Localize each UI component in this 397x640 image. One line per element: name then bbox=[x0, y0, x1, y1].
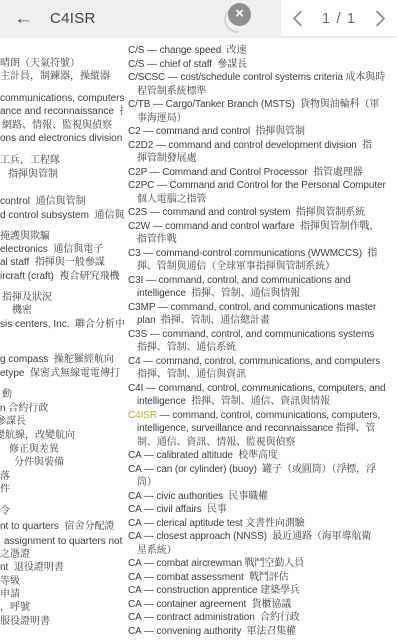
left-column-fragment: ons and electronics division bbox=[0, 132, 122, 146]
glossary-line: C/S — change speed 改速 bbox=[128, 44, 397, 58]
glossary-line: C4 — command, control, communications, a… bbox=[128, 355, 397, 369]
left-column-fragment: 修正與差異 bbox=[9, 443, 59, 457]
left-column-fragment: ance and reconnaissance 指 bbox=[0, 105, 124, 119]
left-column-fragment: 之憑證 bbox=[0, 548, 30, 562]
glossary-line: C2 — command and control 指揮與管制 bbox=[128, 125, 397, 139]
glossary-line: 筒） bbox=[128, 476, 397, 490]
left-column-fragment: 網路、情報、監視與偵察 bbox=[2, 119, 112, 133]
glossary-line: CA — combat aircrewman 戰鬥空勤人員 bbox=[128, 557, 397, 571]
left-column-fragment: etype 保密式無線電電傳打 bbox=[0, 367, 120, 381]
left-column-fragment: 令 bbox=[0, 505, 10, 519]
glossary-line: CA — closest approach (NNSS) 最近通路（海軍導航衛 bbox=[128, 530, 397, 544]
glossary-line: 指揮、管制、通信系統 bbox=[128, 341, 397, 355]
glossary-line: CA — civil affairs 民事 bbox=[128, 503, 397, 517]
page-indicator: 1 / 1 bbox=[322, 10, 356, 27]
glossary-line: intelligence 指揮、管制、通信與情報 bbox=[128, 287, 397, 301]
glossary-line: 星系統） bbox=[128, 544, 397, 558]
document-viewer-screen: ← C4ISR × 1 / 1 晴朗（天氣符號）主計員，制鍊器，操縱器commu… bbox=[0, 0, 397, 640]
left-column-fragment: d control subsystem 通信與 bbox=[0, 209, 124, 223]
back-arrow-icon[interactable]: ← bbox=[14, 9, 33, 28]
search-match-highlight: C4ISR bbox=[128, 410, 157, 421]
left-column-fragment: 變航線，改變航向 bbox=[0, 429, 75, 443]
left-column-fragment: al staff 指揮與一般參謀 bbox=[0, 256, 105, 270]
glossary-line: 程管制系統標準 bbox=[128, 85, 397, 99]
glossary-line: CA — can (or cylinder) (buoy) 罐子（或圓筒）（浮標… bbox=[128, 463, 397, 477]
glossary-line: C2PC — Command and Control for the Perso… bbox=[128, 179, 397, 193]
glossary-line: C/SCSC — cost/schedule control systems c… bbox=[128, 71, 397, 85]
chevron-left-icon bbox=[292, 10, 303, 27]
glossary-line: C3I — command, control, and communicatio… bbox=[128, 274, 397, 288]
glossary-line: CA — contract administration 合約行政 bbox=[128, 611, 397, 625]
toolbar: ← C4ISR × 1 / 1 bbox=[0, 0, 397, 36]
left-column-fragment: n 合約行政 bbox=[0, 402, 48, 416]
left-column-fragment: 動 bbox=[2, 388, 12, 402]
right-column: C/S — change speed 改速C/S — chief of staf… bbox=[128, 44, 397, 638]
search-input[interactable]: C4ISR bbox=[50, 10, 96, 27]
next-page-button[interactable] bbox=[375, 10, 386, 27]
glossary-line: C3S — command, control, and communicatio… bbox=[128, 328, 397, 342]
glossary-line: CA — combat assessment 戰鬥評估 bbox=[128, 571, 397, 585]
left-column-fragment: 掩護與欺騙 bbox=[0, 230, 50, 244]
left-column: 晴朗（天氣符號）主計員，制鍊器，操縱器communications, compu… bbox=[0, 36, 124, 640]
glossary-line: CA — construction apprentice 建築學兵 bbox=[128, 584, 397, 598]
glossary-line: intelligence 指揮、管制、通信、資訊與情報 bbox=[128, 395, 397, 409]
left-column-fragment: 機密 bbox=[12, 304, 32, 318]
glossary-line: C2S — command and control system 指揮與管制系統 bbox=[128, 206, 397, 220]
glossary-line: C3MP — command, control, and communicati… bbox=[128, 301, 397, 315]
glossary-line: 指管作戰 bbox=[128, 233, 397, 247]
glossary-line: 指揮、管制、通信與資訊 bbox=[128, 368, 397, 382]
glossary-line: CA — clerical aptitude test 文書性向測驗 bbox=[128, 517, 397, 531]
glossary-line: C/S — chief of staff 參謀長 bbox=[128, 58, 397, 72]
left-column-fragment: communications, computers, bbox=[0, 92, 124, 106]
left-column-fragment: 申請 bbox=[0, 588, 20, 602]
glossary-line: C4I — command, control, communications, … bbox=[128, 382, 397, 396]
left-column-fragment: 件 bbox=[0, 483, 10, 497]
glossary-line: CA — calibrated altitude 校準高度 bbox=[128, 449, 397, 463]
glossary-line: 個人電腦之指管 bbox=[128, 193, 397, 207]
clear-search-button[interactable]: × bbox=[224, 3, 254, 33]
left-column-fragment: g compass 操舵羅經航向 bbox=[0, 353, 114, 367]
left-column-fragment: 晴朗（天氣符號） bbox=[0, 57, 80, 71]
left-column-fragment: sis centers, Inc. 聯合分析中 bbox=[0, 318, 124, 332]
glossary-line: CA — container agreement 貨櫃協議 bbox=[128, 598, 397, 612]
glossary-line: 揮管制發展處 bbox=[128, 152, 397, 166]
left-column-fragment: 工兵，工程隊 bbox=[0, 154, 60, 168]
glossary-line: 事海運局） bbox=[128, 112, 397, 126]
close-icon: × bbox=[228, 3, 251, 26]
left-column-fragment: ，呼號 bbox=[0, 601, 30, 615]
left-column-fragment: assignment to quarters not bbox=[4, 535, 122, 549]
glossary-line: C2W — command and control warfare 指揮與管制作… bbox=[128, 220, 397, 234]
left-column-fragment: electronics 通信與電子 bbox=[0, 243, 103, 257]
left-column-fragment: 等級 bbox=[0, 575, 20, 589]
left-column-fragment: ircraft (craft) 複合研究飛機 bbox=[0, 270, 119, 284]
glossary-line: C/TB — Cargo/Tanker Branch (MSTS) 貨物與油輪科… bbox=[128, 98, 397, 112]
glossary-line: C3 — command-control communications (WWM… bbox=[128, 247, 397, 261]
pdf-page: 晴朗（天氣符號）主計員，制鍊器，操縱器communications, compu… bbox=[0, 36, 397, 640]
left-column-fragment: nt 退役證明書 bbox=[0, 561, 64, 575]
page-navigation: 1 / 1 bbox=[281, 0, 397, 36]
left-column-fragment: 服役證明書 bbox=[0, 615, 50, 629]
chevron-right-icon bbox=[375, 10, 386, 27]
glossary-line: 揮、管制與通信（全球軍事指揮與管制系統） bbox=[128, 260, 397, 274]
left-column-fragment: 主計員，制鍊器，操縱器 bbox=[0, 70, 110, 84]
previous-page-button[interactable] bbox=[292, 10, 303, 27]
left-column-fragment: 參謀長 bbox=[0, 415, 26, 429]
left-column-fragment: control 通信與管制 bbox=[0, 195, 86, 209]
left-column-fragment: 指揮與管制 bbox=[8, 168, 58, 182]
glossary-line: C4ISR — command, control, communications… bbox=[128, 409, 397, 423]
glossary-line: 制、通信、資訊、情報、監視與偵察 bbox=[128, 436, 397, 450]
glossary-line: CA — civic authorities 民事職權 bbox=[128, 490, 397, 504]
glossary-line: CA — convening authority 軍法召集權 bbox=[128, 625, 397, 639]
left-column-fragment: 指揮及狀況 bbox=[2, 291, 52, 305]
search-bar[interactable]: ← C4ISR × bbox=[0, 0, 281, 36]
left-column-fragment: nt to quarters 宿舍分配證 bbox=[0, 520, 114, 534]
glossary-line: intelligence, surveillance and reconnais… bbox=[128, 422, 397, 436]
left-column-fragment: 分件與裝備 bbox=[14, 456, 64, 470]
left-column-fragment: 落 bbox=[0, 470, 10, 484]
glossary-line: plan 指揮、管制、通信總計畫 bbox=[128, 314, 397, 328]
glossary-line: C2P — Command and Control Processor 指管處理… bbox=[128, 166, 397, 180]
glossary-line: C2D2 — command and control development d… bbox=[128, 139, 397, 153]
